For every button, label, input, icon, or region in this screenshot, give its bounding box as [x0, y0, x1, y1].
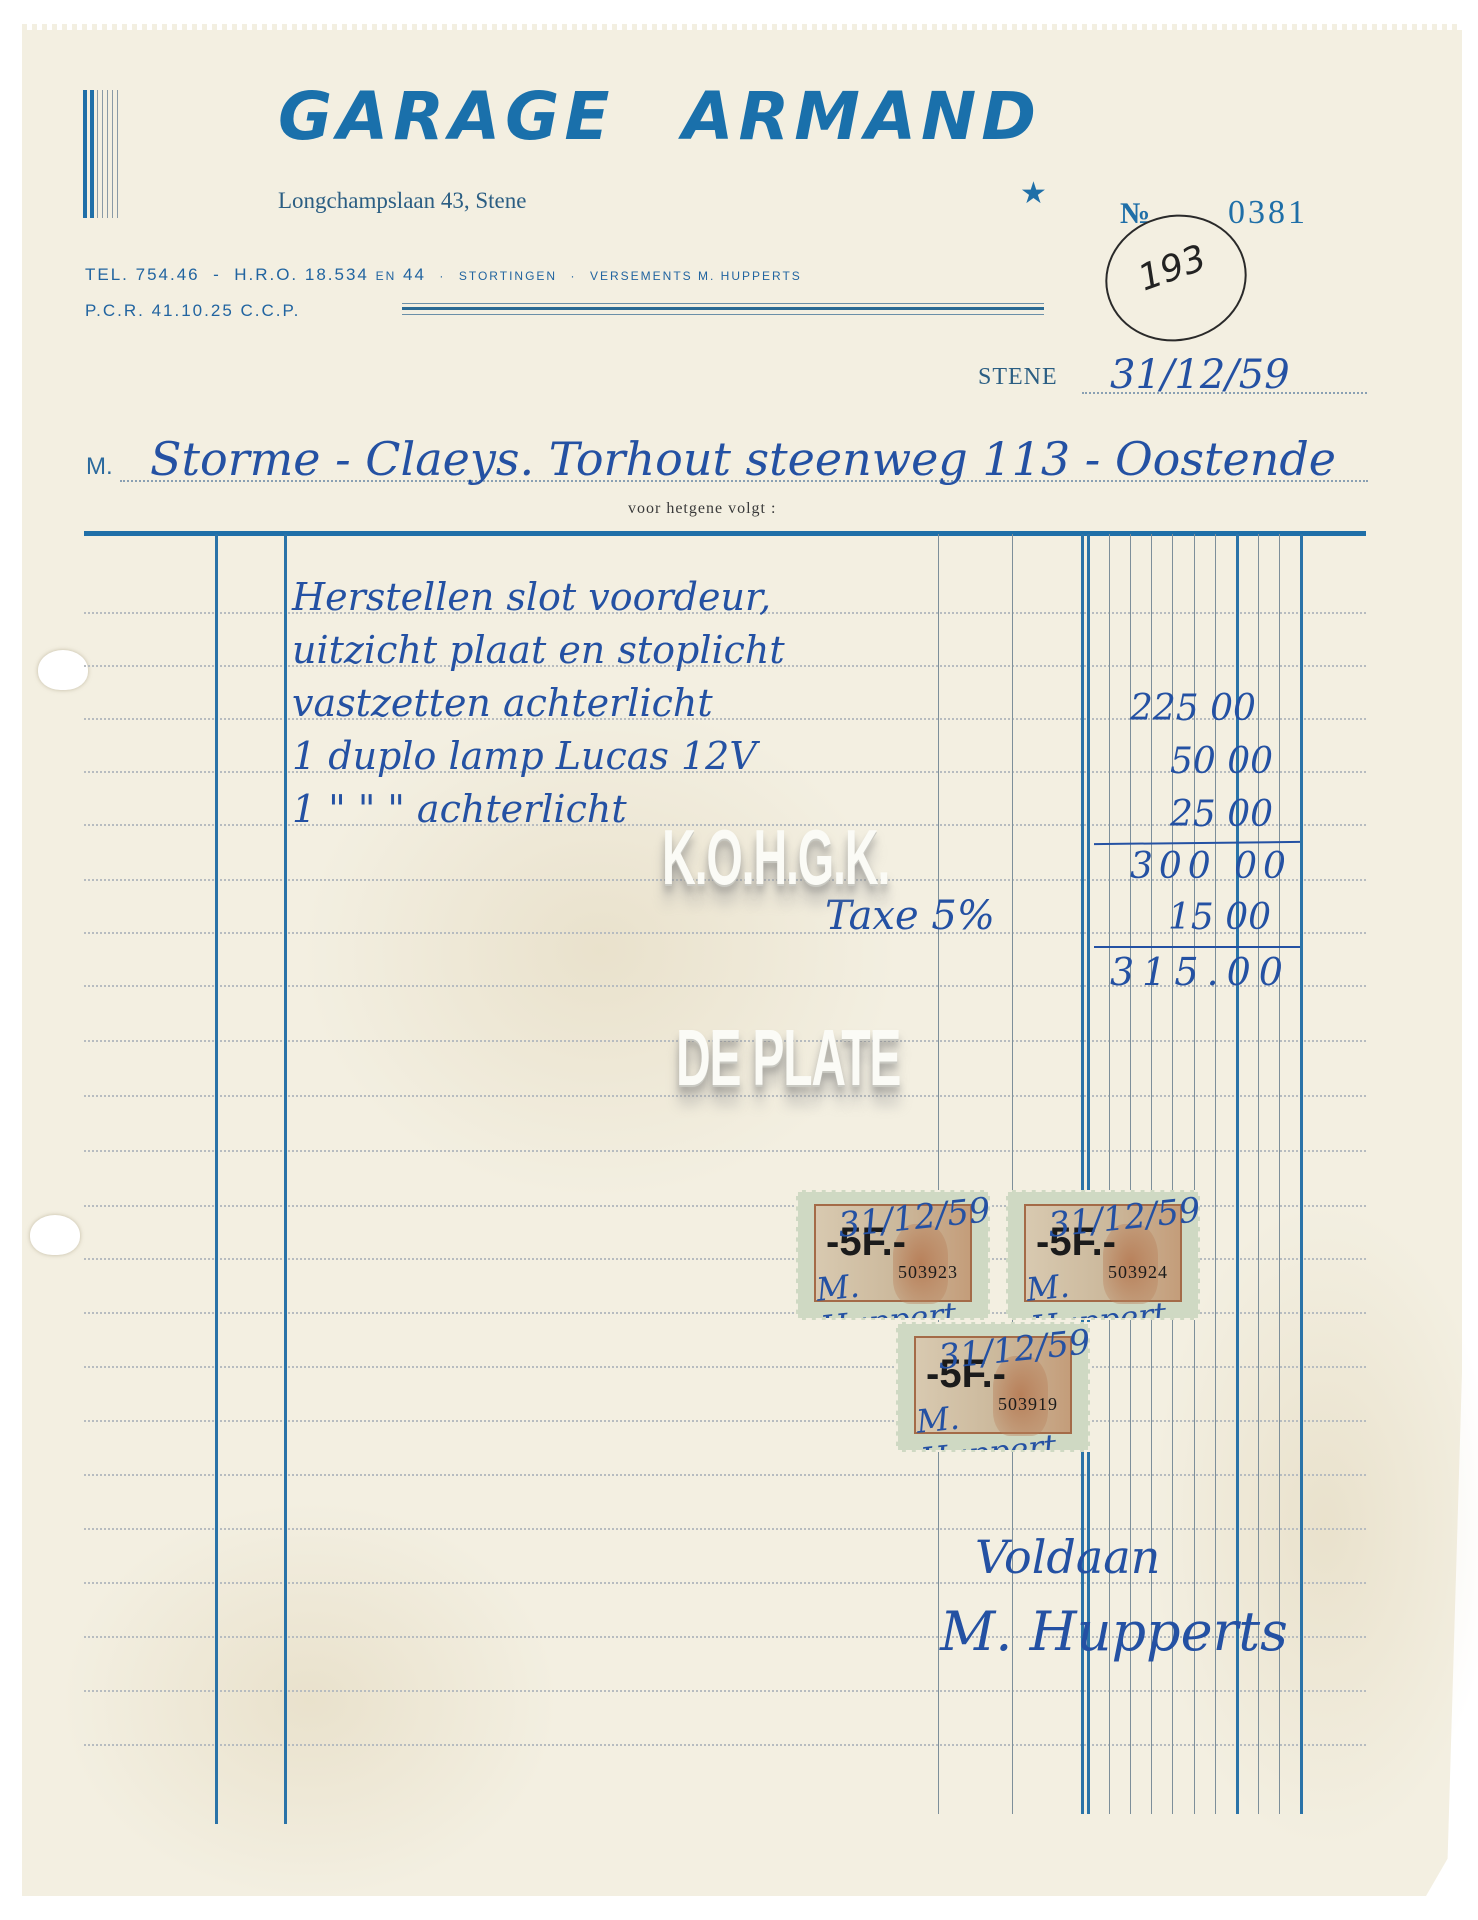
versements-label: VERSEMENTS M. HUPPERTS [590, 269, 802, 283]
subtotal-amount: 300 00 [1130, 846, 1292, 887]
contact-line: TEL. 754.46 - H.R.O. 18.534 EN 44 · STOR… [85, 265, 802, 285]
separator: · [439, 269, 445, 283]
recipient-name: Storme - Claeys. Torhout steenweg 113 - … [150, 432, 1336, 486]
company-address: Longchampslaan 43, Stene [278, 188, 526, 214]
invoice-line-description: Herstellen slot voordeur, [292, 575, 771, 619]
punch-hole [38, 650, 88, 690]
hro-number: H.R.O. 18.534 [234, 265, 369, 284]
separator: · [571, 269, 577, 283]
fiscal-stamp: -5F.- 503924 31/12/59 M. Huppert [1006, 1190, 1200, 1320]
invoice-line-description: 1 " " " achterlicht [292, 787, 627, 831]
signature: M. Hupperts [940, 1600, 1288, 1663]
recipient-label: M. [86, 453, 113, 481]
letterhead-stripes-logo [83, 90, 123, 218]
invoice-line-description: uitzicht plaat en stoplicht [292, 628, 785, 672]
perforated-edge [22, 24, 1462, 30]
invoice-line-amount: 50 00 [1170, 741, 1273, 782]
tax-amount: 15 00 [1168, 897, 1271, 938]
punch-hole [30, 1215, 80, 1255]
star-icon: ★ [1020, 176, 1047, 211]
table-top-rule [84, 531, 1366, 536]
total-amount: 315.00 [1110, 950, 1291, 994]
paid-label: Voldaan [975, 1530, 1160, 1584]
invoice-number: 0381 [1228, 194, 1308, 232]
invoice-line-description: vastzetten achterlicht [292, 681, 713, 725]
tel-number: TEL. 754.46 [85, 265, 200, 284]
company-name: GARAGE ARMAND [278, 78, 1041, 155]
invoice-line-amount: 25 00 [1170, 794, 1273, 835]
handwritten-date: 31/12/59 [1110, 352, 1290, 398]
hro-suffix: 44 [403, 265, 426, 284]
header-rule [402, 303, 1044, 315]
watermark-line-1: K.O.H.G.K. [662, 812, 889, 903]
hro-en: EN [376, 269, 397, 283]
watermark-line-2: DE PLATE [676, 1012, 900, 1104]
place-label: STENE [978, 364, 1058, 391]
fiscal-stamp: -5F.- 503919 31/12/59 M. Huppert [896, 1322, 1090, 1452]
pcr-account: P.C.R. 41.10.25 C.C.P. [85, 301, 300, 321]
fiscal-stamp: -5F.- 503923 31/12/59 M. Huppert [796, 1190, 990, 1320]
total-rule [1094, 946, 1300, 948]
separator: - [213, 265, 221, 284]
stortingen-label: STORTINGEN [459, 269, 557, 283]
invoice-line-amount: 225 00 [1130, 688, 1256, 729]
invoice-line-description: 1 duplo lamp Lucas 12V [292, 734, 757, 778]
recipient-subtitle: voor hetgene volgt : [628, 500, 776, 518]
